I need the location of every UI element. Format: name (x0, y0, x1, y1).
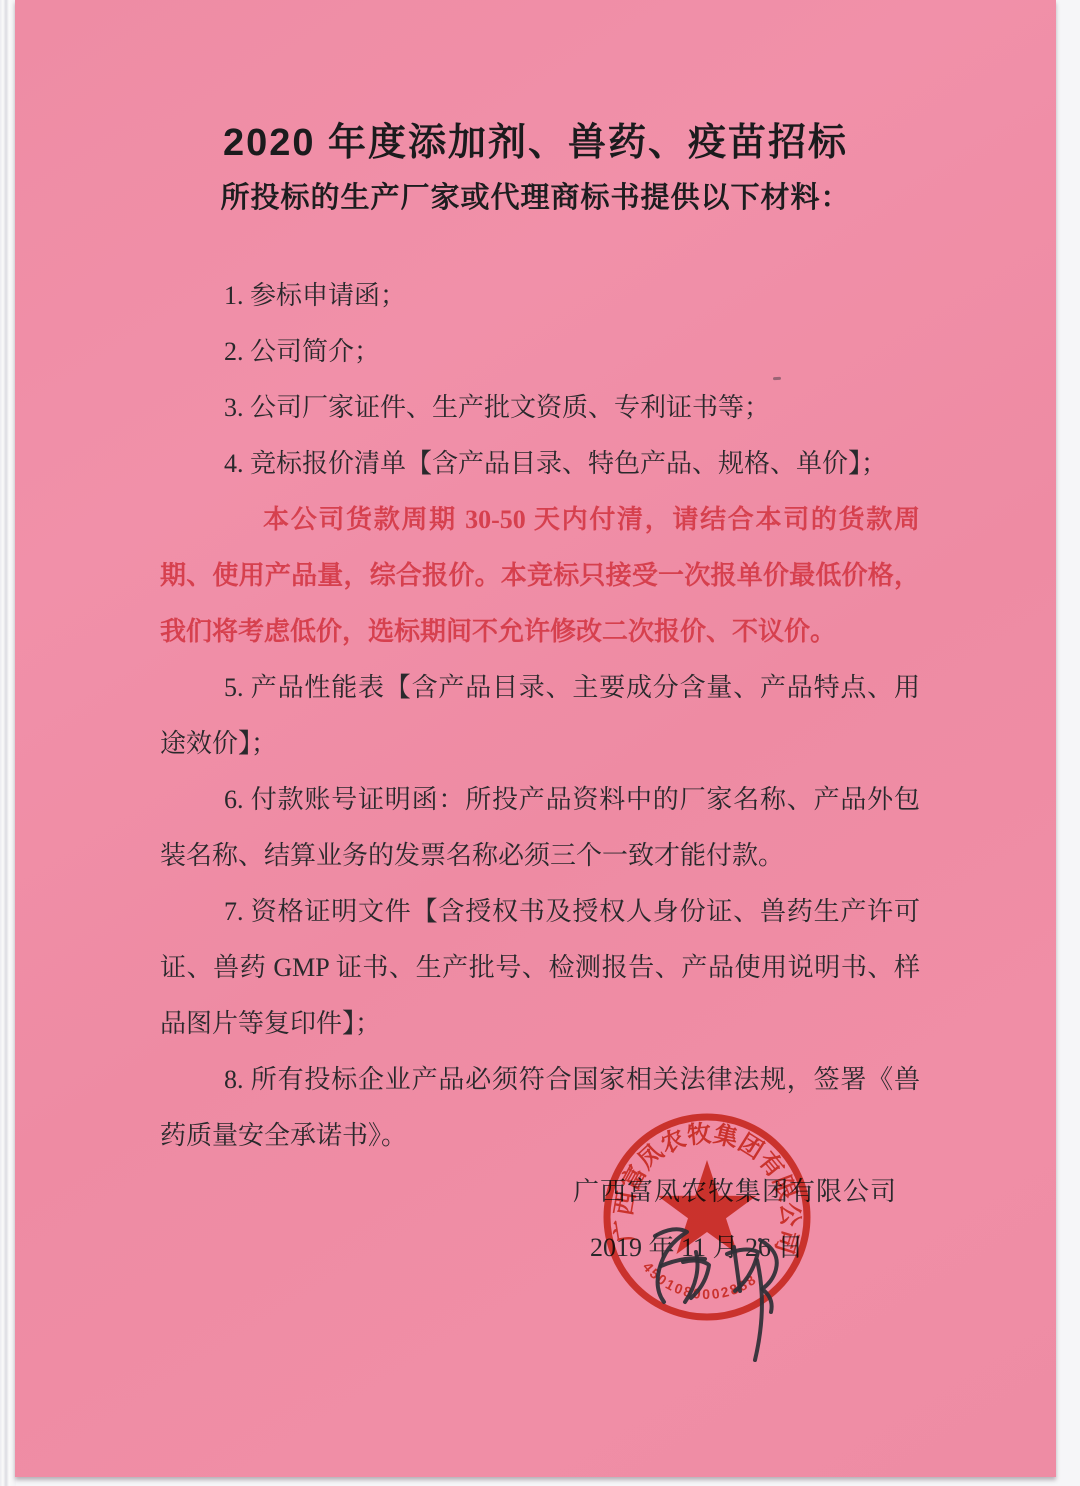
list-item-3: 3. 公司厂家证件、生产批文资质、专利证书等； (160, 380, 920, 436)
document-title: 2020 年度添加剂、兽药、疫苗招标 (15, 120, 1056, 166)
list-item-6: 6. 付款账号证明函：所投产品资料中的厂家名称、产品外包装名称、结算业务的发票名… (160, 772, 920, 884)
payment-notice-red-text: 本公司货款周期 30-50 天内付清，请结合本司的货款周期、使用产品量，综合报价… (160, 492, 920, 660)
scan-left-margin (0, 0, 16, 1486)
document-subtitle: 所投标的生产厂家或代理商标书提供以下材料： (15, 178, 1056, 218)
signature-company-name: 广西富凤农牧集团有限公司 (573, 1164, 920, 1220)
list-item-1: 1. 参标申请函； (160, 268, 920, 324)
signature-date: 2019 年 11 月 26 日 (590, 1220, 920, 1276)
list-item-2: 2. 公司简介； (160, 324, 920, 380)
list-item-5: 5. 产品性能表【含产品目录、主要成分含量、产品特点、用途效价】； (160, 660, 920, 772)
list-item-4: 4. 竞标报价清单【含产品目录、特色产品、规格、单价】； (160, 436, 920, 492)
pink-paper-document: 2020 年度添加剂、兽药、疫苗招标 所投标的生产厂家或代理商标书提供以下材料：… (15, 0, 1056, 1477)
list-item-8: 8. 所有投标企业产品必须符合国家相关法律法规，签署《兽药质量安全承诺书》。 (160, 1052, 920, 1164)
document-body: 1. 参标申请函； 2. 公司简介； 3. 公司厂家证件、生产批文资质、专利证书… (15, 268, 1056, 1276)
scan-artifact-mark (773, 377, 781, 381)
list-item-7: 7. 资格证明文件【含授权书及授权人身份证、兽药生产许可证、兽药 GMP 证书、… (160, 884, 920, 1052)
